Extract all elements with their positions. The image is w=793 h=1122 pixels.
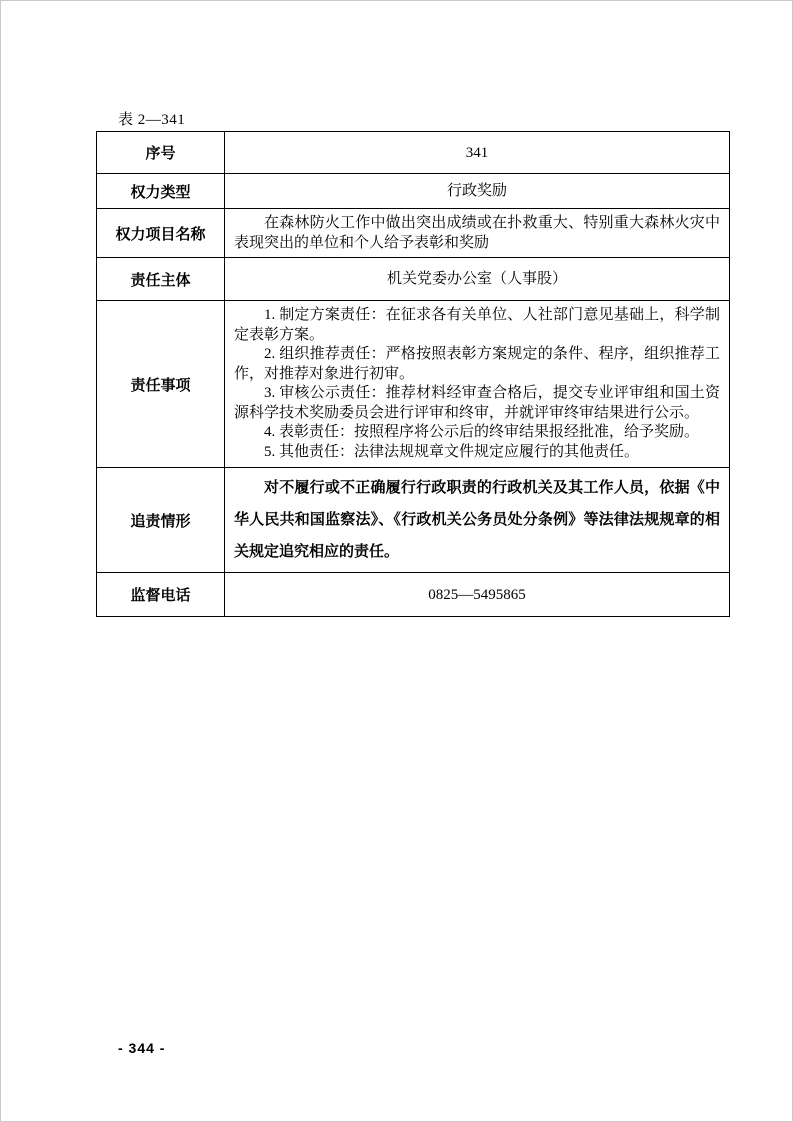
page-number: - 344 - bbox=[118, 1040, 165, 1056]
row-value-responsible-entity: 机关党委办公室（人事股） bbox=[225, 258, 730, 301]
table-row-accountability-situations: 追责情形 对不履行或不正确履行行政职责的行政机关及其工作人员，依据《中华人民共和… bbox=[97, 468, 730, 573]
table-row-responsibility-items: 责任事项 1. 制定方案责任：在征求各有关单位、人社部门意见基础上，科学制定表彰… bbox=[97, 301, 730, 468]
row-label-supervision-phone: 监督电话 bbox=[97, 573, 225, 617]
table-row-responsible-entity: 责任主体 机关党委办公室（人事股） bbox=[97, 258, 730, 301]
document-page: 表 2—341 序号 341 权力类型 行政奖励 权力项目名称 在森林防火工作中… bbox=[0, 0, 793, 1122]
table-row-power-item-name: 权力项目名称 在森林防火工作中做出突出成绩或在扑救重大、特别重大森林火灾中表现突… bbox=[97, 209, 730, 258]
responsibility-item-1: 1. 制定方案责任：在征求各有关单位、人社部门意见基础上，科学制定表彰方案。 bbox=[234, 306, 720, 345]
responsibility-item-4: 4. 表彰责任：按照程序将公示后的终审结果报经批准，给予奖励。 bbox=[234, 423, 720, 443]
row-label-power-type: 权力类型 bbox=[97, 174, 225, 209]
row-value-power-type: 行政奖励 bbox=[225, 174, 730, 209]
row-value-accountability-situations: 对不履行或不正确履行行政职责的行政机关及其工作人员，依据《中华人民共和国监察法》… bbox=[225, 468, 730, 573]
responsibility-item-5: 5. 其他责任：法律法规规章文件规定应履行的其他责任。 bbox=[234, 443, 720, 463]
row-value-serial-number: 341 bbox=[225, 132, 730, 174]
table-row-serial-number: 序号 341 bbox=[97, 132, 730, 174]
row-value-supervision-phone: 0825—5495865 bbox=[225, 573, 730, 617]
table-row-supervision-phone: 监督电话 0825—5495865 bbox=[97, 573, 730, 617]
row-value-responsibility-items: 1. 制定方案责任：在征求各有关单位、人社部门意见基础上，科学制定表彰方案。 2… bbox=[225, 301, 730, 468]
table-caption: 表 2—341 bbox=[118, 108, 185, 129]
row-value-power-item-name: 在森林防火工作中做出突出成绩或在扑救重大、特别重大森林火灾中表现突出的单位和个人… bbox=[225, 209, 730, 258]
row-label-serial-number: 序号 bbox=[97, 132, 225, 174]
responsibility-item-2: 2. 组织推荐责任：严格按照表彰方案规定的条件、程序，组织推荐工作，对推荐对象进… bbox=[234, 345, 720, 384]
row-label-power-item-name: 权力项目名称 bbox=[97, 209, 225, 258]
row-label-accountability-situations: 追责情形 bbox=[97, 468, 225, 573]
power-responsibility-table: 序号 341 权力类型 行政奖励 权力项目名称 在森林防火工作中做出突出成绩或在… bbox=[96, 131, 730, 617]
row-label-responsible-entity: 责任主体 bbox=[97, 258, 225, 301]
table-row-power-type: 权力类型 行政奖励 bbox=[97, 174, 730, 209]
responsibility-item-3: 3. 审核公示责任：推荐材料经审查合格后，提交专业评审组和国土资源科学技术奖励委… bbox=[234, 384, 720, 423]
row-label-responsibility-items: 责任事项 bbox=[97, 301, 225, 468]
